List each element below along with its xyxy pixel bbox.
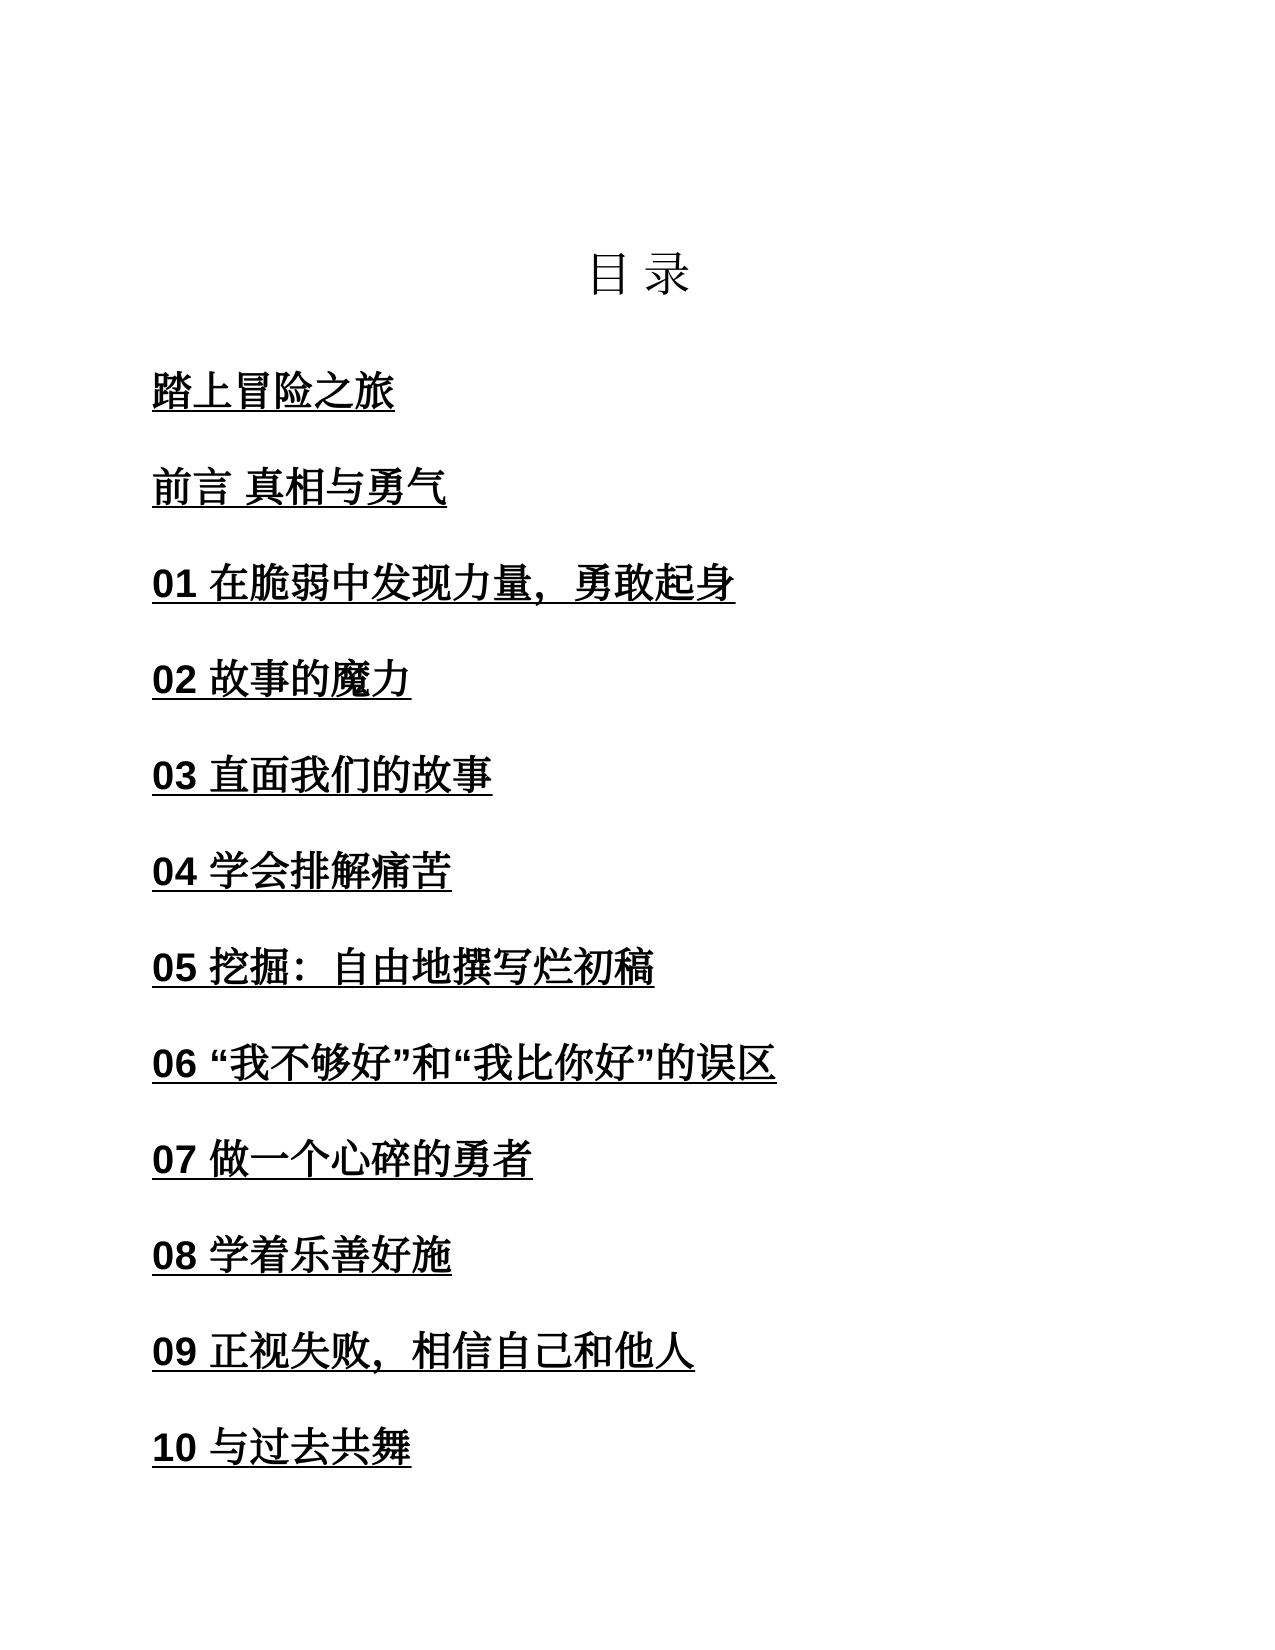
- toc-item[interactable]: 05 挖掘：自由地撰写烂初稿: [152, 944, 1185, 992]
- toc-item[interactable]: 07 做一个心碎的勇者: [152, 1136, 1185, 1184]
- toc-item-label: 前言 真相与勇气: [152, 466, 447, 510]
- toc-item[interactable]: 10 与过去共舞: [152, 1424, 1185, 1472]
- toc-item-label: 07 做一个心碎的勇者: [152, 1138, 533, 1182]
- toc-item-label: 10 与过去共舞: [152, 1426, 412, 1470]
- toc-item-label: 09 正视失败，相信自己和他人: [152, 1330, 695, 1374]
- toc-item[interactable]: 02 故事的魔力: [152, 656, 1185, 704]
- toc-item[interactable]: 06 “我不够好”和“我比你好”的误区: [152, 1040, 1185, 1088]
- toc-item[interactable]: 踏上冒险之旅: [152, 368, 1185, 416]
- toc-item[interactable]: 09 正视失败，相信自己和他人: [152, 1328, 1185, 1376]
- toc-item[interactable]: 04 学会排解痛苦: [152, 848, 1185, 896]
- toc-item-label: 03 直面我们的故事: [152, 754, 493, 798]
- toc-item[interactable]: 前言 真相与勇气: [152, 464, 1185, 512]
- page-title: 目 录: [0, 247, 1275, 306]
- toc-item-label: 02 故事的魔力: [152, 658, 412, 702]
- toc-item-label: 踏上冒险之旅: [152, 370, 395, 414]
- toc-item[interactable]: 08 学着乐善好施: [152, 1232, 1185, 1280]
- toc-item[interactable]: 03 直面我们的故事: [152, 752, 1185, 800]
- toc-list: 踏上冒险之旅 前言 真相与勇气 01 在脆弱中发现力量，勇敢起身 02 故事的魔…: [0, 368, 1275, 1472]
- toc-item-label: 06 “我不够好”和“我比你好”的误区: [152, 1042, 777, 1086]
- toc-item-label: 01 在脆弱中发现力量，勇敢起身: [152, 562, 736, 606]
- toc-item-label: 04 学会排解痛苦: [152, 850, 452, 894]
- toc-item-label: 05 挖掘：自由地撰写烂初稿: [152, 946, 655, 990]
- toc-item-label: 08 学着乐善好施: [152, 1234, 452, 1278]
- document-page: 目 录 踏上冒险之旅 前言 真相与勇气 01 在脆弱中发现力量，勇敢起身 02 …: [0, 0, 1275, 1650]
- toc-item[interactable]: 01 在脆弱中发现力量，勇敢起身: [152, 560, 1185, 608]
